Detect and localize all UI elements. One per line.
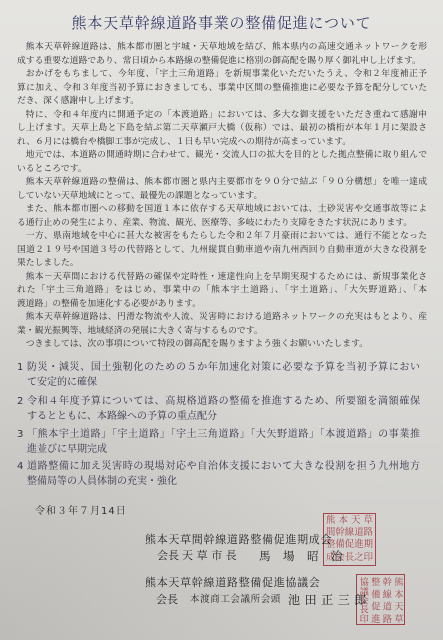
- text-line: 算に加え、令和３年度当初予算におきましても、事業中区間の整備推進に必要な予算を配…: [17, 82, 427, 96]
- signatory-2-organization: 熊本天草幹線道路整備促進協議会: [145, 576, 321, 590]
- request-text: 防災・減災、国土強靭化のための５か年加速化対策に必要な予算を当初予算におい て安…: [27, 361, 420, 390]
- seal-text-column: 熊本天草: [391, 577, 403, 623]
- seal-text-column: 幹線道路: [380, 577, 392, 623]
- signatory-1-position: 天草市長: [182, 549, 240, 563]
- seal-text-column: 整備促進: [368, 577, 380, 623]
- text-line: していない天草地域にとって、最優先の課題となっています。: [17, 190, 427, 204]
- seal-stamp-2: 熊本天草 幹線道路 整備促進 協議会長印: [356, 574, 405, 625]
- paragraph-8: 熊本－天草間における代替路の確保や定時性・速達性向上を早期実現するためには、新規…: [17, 271, 427, 312]
- request-text: 「熊本宇土道路」「宇土道路」「宇土三角道路」「大矢野道路」「本渡道路」の事業推 …: [27, 428, 420, 457]
- paragraph-1: 熊本天草幹線道路は、熊本都市圏と宇城・天草地域を結び、熊本県内の高速交通ネットワ…: [17, 41, 427, 68]
- signatory-1-title: 会長: [157, 549, 179, 563]
- signatory-2-position: 本渡商工会議所会頭: [190, 593, 281, 607]
- paragraph-4: 地元では、本道路の開通時期に合わせて、観光・交流人口の拡大を目的とした拠点整備に…: [17, 149, 427, 176]
- request-text: 令和４年度予算については、高規格道路の整備を推進するため、所要額を満額確保 する…: [27, 395, 420, 424]
- text-line: 令和４年度予算については、高規格道路の整備を推進するため、所要額を満額確保: [27, 395, 420, 410]
- paragraph-5: 熊本天草幹線道路の整備は、熊本都市圏と県内主要都市を９０分で結ぶ「９０分構想」を…: [17, 176, 427, 203]
- paragraph-3: 特に、令和４年度内に開通予定の「本渡道路」においては、多大な御支援をいただき重ね…: [17, 109, 427, 150]
- text-line: 特に、令和４年度内に開通予定の「本渡道路」においては、多大な御支援をいただき重ね…: [17, 109, 427, 123]
- text-line: するとともに、本路線への予算の重点配分: [27, 410, 420, 425]
- text-line: 道路整備に加え災害時の現場対応や自治体支援において大きな役割を担う九州地方: [27, 460, 420, 475]
- text-line: 防災・減災、国土強靭化のための５か年加速化対策に必要な予算を当初予算におい: [27, 361, 420, 376]
- seal-text-row: 間幹線道路: [326, 527, 373, 539]
- text-line: 整備局等の人員体制の充実・強化: [27, 475, 420, 490]
- text-line: 進並びに早期完成: [27, 443, 420, 458]
- request-number: 2: [17, 395, 23, 410]
- text-line: いるところです。: [17, 163, 427, 177]
- text-line: れ、６月には橋台や橋脚工事が完成し、１日も早い完成への期待が高まっています。: [17, 136, 427, 150]
- document-date: 令和３年７月14日: [35, 505, 127, 519]
- seal-text-row: 熊本天草: [326, 515, 373, 527]
- text-line: 「熊本宇土道路」「宇土道路」「宇土三角道路」「大矢野道路」「本渡道路」の事業推: [27, 428, 420, 443]
- text-line: 地元では、本道路の開通時期に合わせて、観光・交流人口の拡大を目的とした拠点整備に…: [17, 149, 427, 163]
- text-line: る通行止めの発生により、産業、物流、観光、医療等、多岐にわたり支障をきたす状況に…: [17, 217, 427, 231]
- text-line: 熊本－天草間における代替路の確保や定時性・速達性向上を早期実現するためには、新規…: [17, 271, 427, 285]
- text-line: し上げます。天草上島と下島を結ぶ第二天草瀬戸大橋（仮称）では、最初の橋桁が本年１…: [17, 122, 427, 136]
- text-line: 熊本天草幹線道路は、円滑な物流や人流、災害時における道路ネットワークの充実はもと…: [17, 311, 427, 325]
- text-line: つきましては、次の事項について特段の御高配を賜りますよう強くお願いいたします。: [17, 338, 427, 352]
- paragraph-2: おかげをもちまして、今年度、「宇土三角道路」を新規事業化いただいたうえ、令和２年…: [17, 68, 427, 109]
- paragraph-9: 熊本天草幹線道路は、円滑な物流や人流、災害時における道路ネットワークの充実はもと…: [17, 311, 427, 338]
- request-number: 1: [17, 361, 23, 376]
- text-line: れた「宇土三角道路」をはじめ、事業中の「熊本宇土道路」、「宇土道路」、「大矢野道…: [17, 284, 427, 298]
- text-line: だき、深く感謝申し上げます。: [17, 95, 427, 109]
- seal-stamp-1: 熊本天草 間幹線道路 整備促進期 成会長之印: [323, 513, 376, 566]
- request-text: 道路整備に加え災害時の現場対応や自治体支援において大きな役割を担う九州地方 整備…: [27, 460, 420, 489]
- text-line: おかげをもちまして、今年度、「宇土三角道路」を新規事業化いただいたうえ、令和２年…: [17, 68, 427, 82]
- paragraph-7: 一方、県南地域を中心に甚大な被害をもたらした令和２年７月豪雨においては、通行不能…: [17, 230, 427, 271]
- body-text: 熊本天草幹線道路は、熊本都市圏と宇城・天草地域を結び、熊本県内の高速交通ネットワ…: [17, 41, 427, 352]
- signatory-2-title: 会長: [156, 593, 178, 607]
- seal-text-column: 協議会長印: [357, 577, 369, 623]
- text-line: 果たしました。: [17, 257, 427, 271]
- text-line: 熊本天草幹線道路の整備は、熊本都市圏と県内主要都市を９０分で結ぶ「９０分構想」を…: [17, 176, 427, 190]
- request-number: 4: [17, 460, 23, 475]
- text-line: 熊本天草幹線道路は、熊本都市圏と宇城・天草地域を結び、熊本県内の高速交通ネットワ…: [17, 41, 427, 55]
- text-line: 渡道路」の整備を加速化する必要があります。: [17, 298, 427, 312]
- document-title: 熊本天草幹線道路事業の整備促進について: [0, 12, 443, 34]
- paragraph-6: また、熊本都市圏への移動を国道１本に依存する天草地域においては、土砂災害や交通事…: [17, 203, 427, 230]
- text-line: 業・観光振興等、地域経済の発展に大きく寄与するものです。: [17, 325, 427, 339]
- text-line: また、熊本都市圏への移動を国道１本に依存する天草地域においては、土砂災害や交通事…: [17, 203, 427, 217]
- text-line: 成する重要な道路であり、常日頃から本路線の整備促進に格別の御高配を賜り厚く御礼申…: [17, 55, 427, 69]
- seal-text-row: 整備促進期: [326, 539, 373, 551]
- request-number: 3: [17, 428, 23, 443]
- seal-text-row: 成会長之印: [326, 552, 373, 564]
- paragraph-10: つきましては、次の事項について特段の御高配を賜りますよう強くお願いいたします。: [17, 338, 427, 352]
- signatory-1-organization: 熊本天草間幹線道路整備促進期成会: [145, 533, 332, 547]
- text-line: 国道２１９号や国道３号の代替路として、九州縦貫自動車道や南九州西回り自動車道が大…: [17, 244, 427, 258]
- text-line: 一方、県南地域を中心に甚大な被害をもたらした令和２年７月豪雨においては、通行不能…: [17, 230, 427, 244]
- text-line: て安定的に確保: [27, 376, 420, 391]
